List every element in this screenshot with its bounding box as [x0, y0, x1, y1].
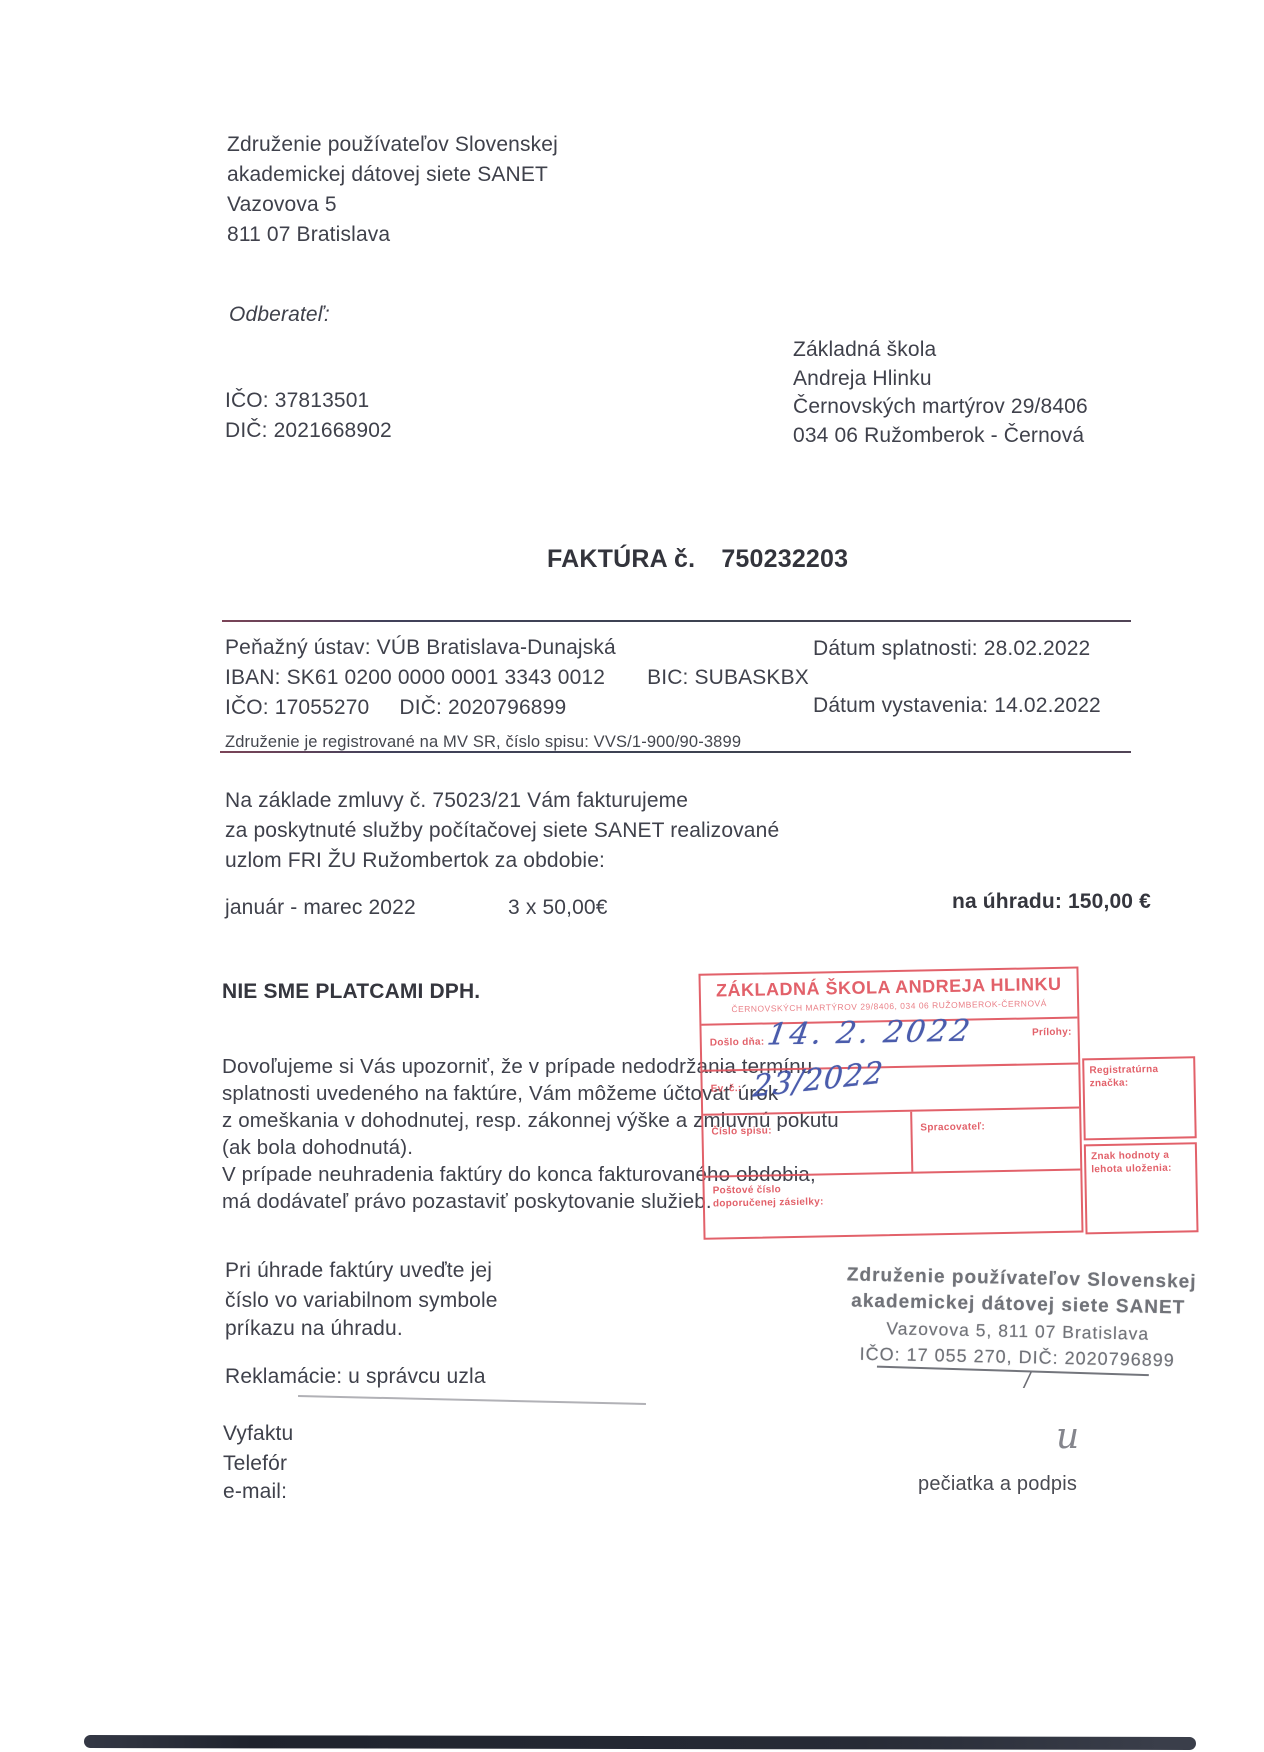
payment-note-line2: číslo vo variabilnom symbole	[225, 1286, 498, 1316]
file-number-cell: Číslo spisu:	[703, 1112, 911, 1176]
postal-number-label: Poštové číslo doporučenej zásielky:	[713, 1182, 835, 1210]
file-processor-row: Číslo spisu: Spracovateľ:	[703, 1109, 1080, 1178]
amount-due: na úhradu: 150,00 €	[952, 887, 1151, 917]
billing-quantity: 3 x 50,00€	[508, 893, 608, 923]
billing-period: január - marec 2022	[225, 893, 416, 923]
registry-mark-box: Registratúrna značka:	[1082, 1056, 1197, 1140]
received-date-handwritten: 14. 2. 2022	[765, 1013, 975, 1052]
customer-name-line1: Základná škola	[793, 335, 936, 365]
invoice-title-label: FAKTÚRA č.	[547, 545, 695, 574]
customer-city: 034 06 Ružomberok - Černová	[793, 421, 1084, 451]
postal-number-row: Poštové číslo doporučenej zásielky:	[704, 1175, 835, 1210]
invoice-scan-page: Združenie používateľov Slovenskej akadem…	[0, 0, 1264, 1752]
paper-edge-line	[298, 1395, 646, 1405]
bank-institution: Peňažný ústav: VÚB Bratislava-Dunajská	[225, 633, 616, 663]
received-date-row: Došlo dňa: 14. 2. 2022 Prílohy:	[701, 1019, 1078, 1072]
customer-name-line2: Andreja Hlinku	[793, 364, 932, 394]
due-date: Dátum splatnosti: 28.02.2022	[813, 634, 1090, 664]
attachments-label: Prílohy:	[1032, 1027, 1072, 1039]
supplier-city: 811 07 Bratislava	[227, 220, 390, 250]
value-mark-label: Znak hodnoty a lehota uloženia:	[1091, 1149, 1190, 1176]
red-registry-stamp: ZÁKLADNÁ ŠKOLA ANDREJA HLINKU ČERNOVSKÝC…	[698, 958, 1199, 1247]
customer-label: Odberateľ:	[229, 300, 330, 330]
red-stamp-main-box: ZÁKLADNÁ ŠKOLA ANDREJA HLINKU ČERNOVSKÝC…	[698, 966, 1083, 1239]
warning-line2: splatnosti uvedeného na faktúre, Vám môž…	[222, 1079, 778, 1109]
warning-line6: má dodávateľ právo pozastaviť poskytovan…	[222, 1187, 712, 1217]
divider-bottom	[220, 751, 1131, 753]
supplier-street: Vazovova 5	[227, 190, 337, 220]
payment-note-line1: Pri úhrade faktúry uveďte jej	[225, 1256, 492, 1286]
payment-note-line3: príkazu na úhradu.	[225, 1314, 403, 1344]
contact-invoiced-by: Vyfaktu	[223, 1419, 293, 1449]
file-number-label: Číslo spisu:	[711, 1125, 771, 1137]
bank-bic: BIC: SUBASKBX	[647, 663, 809, 693]
signature-caption: pečiatka a podpis	[918, 1473, 1077, 1496]
supplier-ink-stamp: Združenie používateľov Slovenskej akadem…	[845, 1262, 1191, 1373]
supplier-name-line2: akademickej dátovej siete SANET	[227, 160, 548, 190]
invoice-number: 750232203	[721, 545, 848, 574]
service-line1: Na základe zmluvy č. 75023/21 Vám faktur…	[225, 786, 688, 816]
scan-edge-artifact	[84, 1735, 1196, 1750]
record-number-label: Ev. č.:	[711, 1083, 742, 1095]
handwritten-signature: u	[1056, 1416, 1079, 1457]
supplier-name-line1: Združenie používateľov Slovenskej	[227, 130, 558, 160]
record-number-row: Ev. č.: 23/2022	[702, 1065, 1079, 1116]
customer-street: Černovských martýrov 29/8406	[793, 392, 1088, 422]
warning-line4: (ak bola dohodnutá).	[222, 1133, 413, 1163]
customer-dic: DIČ: 2021668902	[225, 416, 392, 446]
supplier-ico: IČO: 17055270	[225, 693, 369, 723]
processor-label: Spracovateľ:	[920, 1121, 985, 1133]
vat-note: NIE SME PLATCAMI DPH.	[222, 977, 480, 1007]
supplier-dic: DIČ: 2020796899	[399, 693, 566, 723]
red-stamp-school-name: ZÁKLADNÁ ŠKOLA ANDREJA HLINKU	[701, 974, 1077, 1002]
received-date-label: Došlo dňa:	[710, 1037, 765, 1049]
divider-top	[222, 620, 1131, 622]
stamp-slash-mark: /	[1024, 1368, 1030, 1394]
bank-iban: IBAN: SK61 0200 0000 0001 3343 0012	[225, 663, 605, 693]
invoice-title: FAKTÚRA č. 750232203	[547, 545, 848, 574]
contact-email: e-mail:	[223, 1477, 287, 1507]
bank-iban-row: IBAN: SK61 0200 0000 0001 3343 0012 BIC:…	[225, 663, 809, 693]
customer-ico: IČO: 37813501	[225, 386, 369, 416]
claims-note: Reklamácie: u správcu uzla	[225, 1362, 486, 1392]
service-line3: uzlom FRI ŽU Ružombertok za obdobie:	[225, 846, 605, 876]
value-mark-box: Znak hodnoty a lehota uloženia:	[1084, 1142, 1199, 1234]
bank-id-row: IČO: 17055270 DIČ: 2020796899	[225, 693, 566, 723]
contact-phone: Telefór	[223, 1449, 287, 1479]
processor-cell: Spracovateľ:	[910, 1109, 1080, 1172]
service-line2: za poskytnuté služby počítačovej siete S…	[225, 816, 779, 846]
registry-mark-label: Registratúrna značka:	[1089, 1063, 1188, 1090]
issue-date: Dátum vystavenia: 14.02.2022	[813, 691, 1101, 721]
